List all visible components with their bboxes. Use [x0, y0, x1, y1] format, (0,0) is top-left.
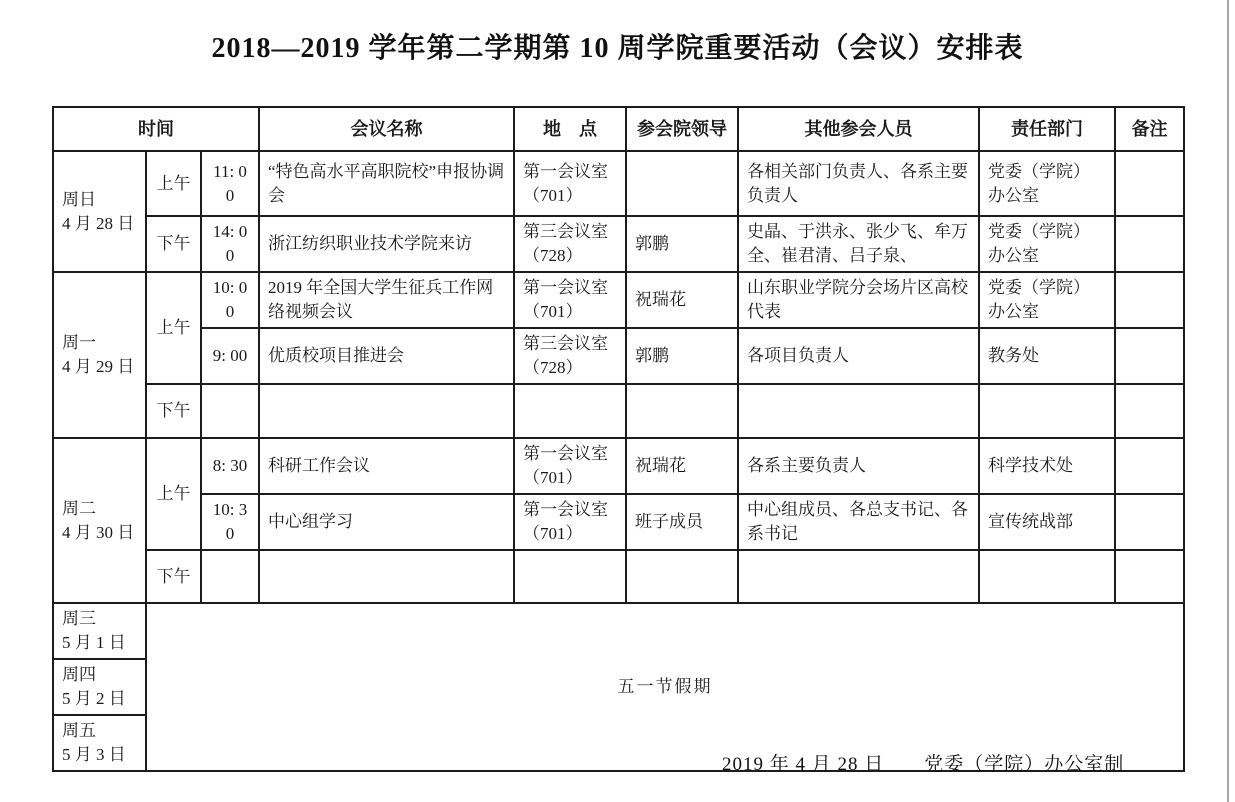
- header-others: 其他参会人员: [738, 107, 979, 151]
- time-cell: 11: 00: [201, 151, 259, 216]
- header-meeting: 会议名称: [259, 107, 514, 151]
- table-row: 下午 14: 00 浙江纺织职业技术学院来访 第三会议室（728） 郭鹏 史晶、…: [53, 216, 1184, 272]
- period-cell: 下午: [146, 384, 201, 438]
- notes-cell: [1115, 151, 1184, 216]
- table-row: 周二 4 月 30 日 上午 8: 30 科研工作会议 第一会议室（701） 祝…: [53, 438, 1184, 494]
- period-cell: 下午: [146, 216, 201, 272]
- location-cell: 第一会议室（701）: [514, 272, 626, 328]
- table-header-row: 时间 会议名称 地 点 参会院领导 其他参会人员 责任部门 备注: [53, 107, 1184, 151]
- others-cell: [738, 550, 979, 603]
- notes-cell: [1115, 328, 1184, 384]
- meeting-cell: 浙江纺织职业技术学院来访: [259, 216, 514, 272]
- location-cell: [514, 384, 626, 438]
- location-cell: 第一会议室（701）: [514, 438, 626, 494]
- location-cell: [514, 550, 626, 603]
- location-cell: 第三会议室（728）: [514, 216, 626, 272]
- table-row: 10: 30 中心组学习 第一会议室（701） 班子成员 中心组成员、各总支书记…: [53, 494, 1184, 550]
- location-cell: 第一会议室（701）: [514, 494, 626, 550]
- day-cell: 周三 5 月 1 日: [53, 603, 146, 659]
- day-cell: 周二 4 月 30 日: [53, 438, 146, 603]
- header-notes: 备注: [1115, 107, 1184, 151]
- department-cell: [979, 550, 1115, 603]
- meeting-cell: 优质校项目推进会: [259, 328, 514, 384]
- header-time: 时间: [53, 107, 259, 151]
- header-department: 责任部门: [979, 107, 1115, 151]
- header-leaders: 参会院领导: [626, 107, 738, 151]
- period-cell: 上午: [146, 438, 201, 550]
- leader-cell: 郭鹏: [626, 328, 738, 384]
- time-cell: 8: 30: [201, 438, 259, 494]
- table-row: 周一 4 月 29 日 上午 10: 00 2019 年全国大学生征兵工作网络视…: [53, 272, 1184, 328]
- notes-cell: [1115, 550, 1184, 603]
- department-cell: 党委（学院）办公室: [979, 151, 1115, 216]
- header-location: 地 点: [514, 107, 626, 151]
- meeting-cell: 科研工作会议: [259, 438, 514, 494]
- time-cell: [201, 384, 259, 438]
- department-cell: [979, 384, 1115, 438]
- others-cell: 各项目负责人: [738, 328, 979, 384]
- scan-page-edge-line: [1227, 0, 1229, 802]
- day-cell: 周四 5 月 2 日: [53, 659, 146, 715]
- period-cell: 下午: [146, 550, 201, 603]
- leader-cell: [626, 151, 738, 216]
- others-cell: 各相关部门负责人、各系主要负责人: [738, 151, 979, 216]
- day-cell: 周一 4 月 29 日: [53, 272, 146, 438]
- schedule-table: 时间 会议名称 地 点 参会院领导 其他参会人员 责任部门 备注 周日 4 月 …: [52, 106, 1185, 772]
- time-cell: 9: 00: [201, 328, 259, 384]
- meeting-cell: 中心组学习: [259, 494, 514, 550]
- notes-cell: [1115, 216, 1184, 272]
- day-cell: 周五 5 月 3 日: [53, 715, 146, 771]
- others-cell: 史晶、于洪永、张少飞、牟万全、崔君清、吕子泉、: [738, 216, 979, 272]
- leader-cell: 郭鹏: [626, 216, 738, 272]
- others-cell: 山东职业学院分会场片区高校代表: [738, 272, 979, 328]
- period-cell: 上午: [146, 272, 201, 384]
- notes-cell: [1115, 272, 1184, 328]
- notes-cell: [1115, 438, 1184, 494]
- period-cell: 上午: [146, 151, 201, 216]
- department-cell: 宣传统战部: [979, 494, 1115, 550]
- leader-cell: [626, 384, 738, 438]
- time-cell: 14: 00: [201, 216, 259, 272]
- location-cell: 第三会议室（728）: [514, 328, 626, 384]
- leader-cell: 班子成员: [626, 494, 738, 550]
- meeting-cell: “特色高水平高职院校”申报协调会: [259, 151, 514, 216]
- leader-cell: 祝瑞花: [626, 272, 738, 328]
- footer-date-and-maker: 2019 年 4 月 28 日 党委（学院）办公室制: [722, 749, 1124, 776]
- holiday-cell: 五一节假期: [146, 603, 1184, 771]
- location-cell: 第一会议室（701）: [514, 151, 626, 216]
- others-cell: 中心组成员、各总支书记、各系书记: [738, 494, 979, 550]
- meeting-cell: 2019 年全国大学生征兵工作网络视频会议: [259, 272, 514, 328]
- meeting-cell: [259, 384, 514, 438]
- table-row: 下午: [53, 384, 1184, 438]
- page-title: 2018—2019 学年第二学期第 10 周学院重要活动（会议）安排表: [0, 26, 1235, 66]
- time-cell: 10: 00: [201, 272, 259, 328]
- department-cell: 教务处: [979, 328, 1115, 384]
- notes-cell: [1115, 494, 1184, 550]
- time-cell: [201, 550, 259, 603]
- table-row: 周日 4 月 28 日 上午 11: 00 “特色高水平高职院校”申报协调会 第…: [53, 151, 1184, 216]
- table-row: 周三 5 月 1 日 五一节假期: [53, 603, 1184, 659]
- table-row: 下午: [53, 550, 1184, 603]
- department-cell: 党委（学院）办公室: [979, 216, 1115, 272]
- time-cell: 10: 30: [201, 494, 259, 550]
- leader-cell: 祝瑞花: [626, 438, 738, 494]
- meeting-cell: [259, 550, 514, 603]
- others-cell: 各系主要负责人: [738, 438, 979, 494]
- day-cell: 周日 4 月 28 日: [53, 151, 146, 272]
- table-row: 9: 00 优质校项目推进会 第三会议室（728） 郭鹏 各项目负责人 教务处: [53, 328, 1184, 384]
- department-cell: 党委（学院）办公室: [979, 272, 1115, 328]
- others-cell: [738, 384, 979, 438]
- leader-cell: [626, 550, 738, 603]
- department-cell: 科学技术处: [979, 438, 1115, 494]
- notes-cell: [1115, 384, 1184, 438]
